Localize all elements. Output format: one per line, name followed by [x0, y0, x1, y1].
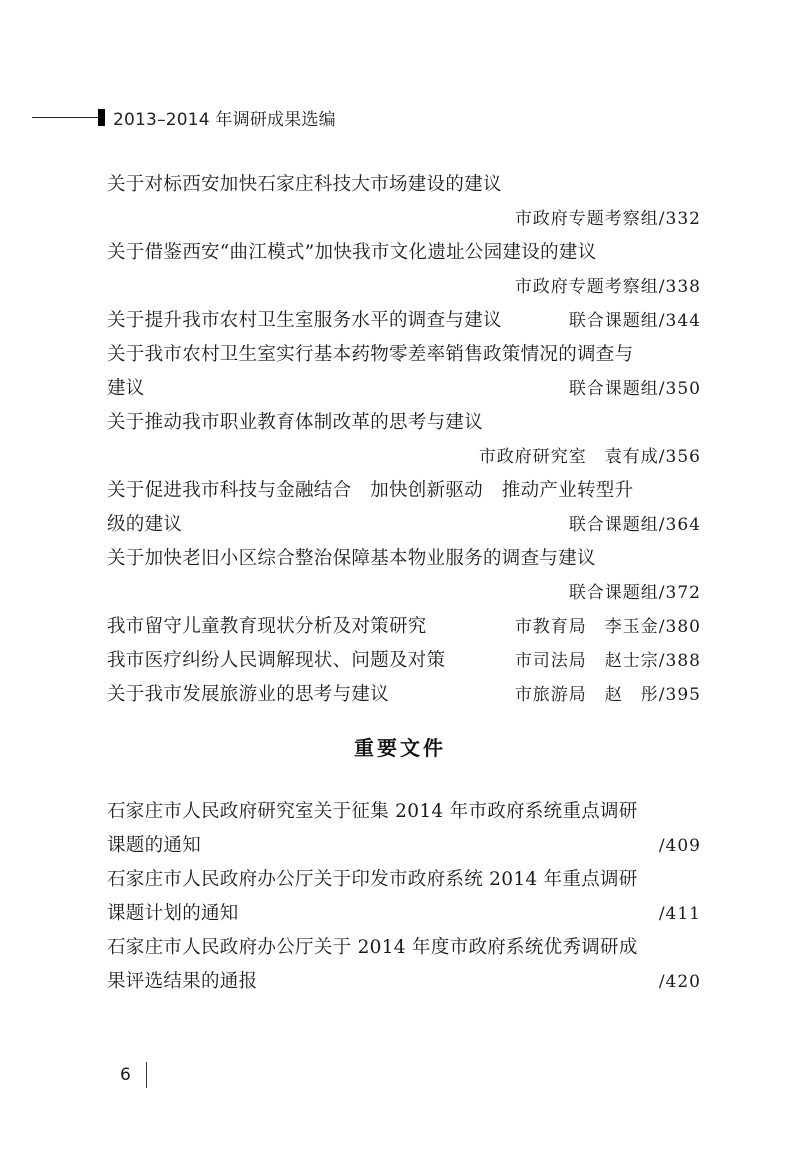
document-title-cont: 课题的通知: [107, 829, 201, 863]
document-page: /420: [659, 965, 701, 999]
page-footer: 6: [120, 1062, 147, 1088]
entry-author-page: 市司法局 赵士宗/388: [515, 644, 701, 678]
toc-entry[interactable]: 关于提升我市农村卫生室服务水平的调查与建议联合课题组/344: [107, 304, 701, 338]
entry-author-page: 联合课题组/344: [569, 304, 701, 338]
footer-divider: [146, 1062, 147, 1088]
header-marker: [98, 109, 105, 126]
entry-author-page: 市政府专题考察组/338: [515, 270, 701, 304]
document-entry[interactable]: 石家庄市人民政府办公厅关于 2014 年度市政府系统优秀调研成 果评选结果的通报…: [107, 931, 701, 999]
toc-entry[interactable]: 关于我市发展旅游业的思考与建议市旅游局 赵 彤/395: [107, 678, 701, 712]
header-rule: [32, 117, 98, 118]
toc-entry[interactable]: 关于我市农村卫生室实行基本药物零差率销售政策情况的调查与 建议联合课题组/350: [107, 338, 701, 406]
document-title-cont: 果评选结果的通报: [107, 965, 257, 999]
document-page: /409: [659, 829, 701, 863]
entry-title: 我市医疗纠纷人民调解现状、问题及对策: [107, 644, 445, 678]
entry-title: 关于提升我市农村卫生室服务水平的调查与建议: [107, 304, 502, 338]
entry-title: 关于加快老旧小区综合整治保障基本物业服务的调查与建议: [107, 542, 596, 576]
toc-entry[interactable]: 关于对标西安加快石家庄科技大市场建设的建议 市政府专题考察组/332: [107, 168, 701, 236]
document-entry[interactable]: 石家庄市人民政府办公厅关于印发市政府系统 2014 年重点调研 课题计划的通知/…: [107, 863, 701, 931]
entry-author-page: 市政府专题考察组/332: [515, 202, 701, 236]
entry-title: 我市留守儿童教育现状分析及对策研究: [107, 610, 427, 644]
toc-entry[interactable]: 关于借鉴西安“曲江模式”加快我市文化遗址公园建设的建议 市政府专题考察组/338: [107, 236, 701, 304]
toc-entry[interactable]: 我市医疗纠纷人民调解现状、问题及对策市司法局 赵士宗/388: [107, 644, 701, 678]
entry-title-cont: 级的建议: [107, 508, 182, 542]
toc-entry[interactable]: 关于推动我市职业教育体制改革的思考与建议 市政府研究室 袁有成/356: [107, 406, 701, 474]
running-header: 2013–2014 年调研成果选编: [32, 104, 336, 130]
toc-entry[interactable]: 我市留守儿童教育现状分析及对策研究市教育局 李玉金/380: [107, 610, 701, 644]
entry-author-page: 联合课题组/350: [569, 372, 701, 406]
entry-title: 关于对标西安加快石家庄科技大市场建设的建议: [107, 168, 502, 202]
toc-entry[interactable]: 关于促进我市科技与金融结合 加快创新驱动 推动产业转型升 级的建议联合课题组/3…: [107, 474, 701, 542]
entry-author-page: 联合课题组/372: [569, 576, 701, 610]
document-entry[interactable]: 石家庄市人民政府研究室关于征集 2014 年市政府系统重点调研 课题的通知/40…: [107, 795, 701, 863]
entry-title: 关于推动我市职业教育体制改革的思考与建议: [107, 406, 483, 440]
entry-author-page: 联合课题组/364: [569, 508, 701, 542]
entry-title: 关于我市农村卫生室实行基本药物零差率销售政策情况的调查与: [107, 338, 633, 372]
entry-author-page: 市教育局 李玉金/380: [515, 610, 701, 644]
entry-title: 关于我市发展旅游业的思考与建议: [107, 678, 389, 712]
entry-author-page: 市政府研究室 袁有成/356: [479, 440, 701, 474]
entry-title-cont: 建议: [107, 372, 145, 406]
document-title: 石家庄市人民政府办公厅关于 2014 年度市政府系统优秀调研成: [107, 931, 638, 965]
entry-author-page: 市旅游局 赵 彤/395: [515, 678, 701, 712]
document-title: 石家庄市人民政府办公厅关于印发市政府系统 2014 年重点调研: [107, 863, 638, 897]
entry-title: 关于促进我市科技与金融结合 加快创新驱动 推动产业转型升: [107, 474, 633, 508]
document-title: 石家庄市人民政府研究室关于征集 2014 年市政府系统重点调研: [107, 795, 638, 829]
page-number: 6: [120, 1065, 131, 1085]
section-heading: 重要文件: [0, 732, 800, 761]
toc-entry[interactable]: 关于加快老旧小区综合整治保障基本物业服务的调查与建议 联合课题组/372: [107, 542, 701, 610]
document-page: /411: [659, 897, 701, 931]
table-of-contents: 关于对标西安加快石家庄科技大市场建设的建议 市政府专题考察组/332 关于借鉴西…: [107, 168, 701, 712]
document-title-cont: 课题计划的通知: [107, 897, 239, 931]
documents-list: 石家庄市人民政府研究室关于征集 2014 年市政府系统重点调研 课题的通知/40…: [107, 795, 701, 999]
entry-title: 关于借鉴西安“曲江模式”加快我市文化遗址公园建设的建议: [107, 236, 597, 270]
book-title: 2013–2014 年调研成果选编: [113, 105, 336, 130]
